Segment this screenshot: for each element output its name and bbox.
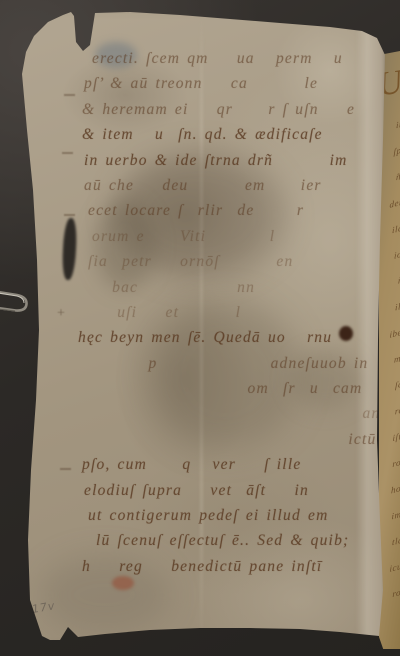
manuscript-text-line: lū ſcenuſ eſſectuſ ē.. Sed & quib;	[96, 528, 382, 553]
manuscript-text-line: pſo, cum q ver ſ ille	[82, 452, 382, 477]
manuscript-text-line: & heremam ei qr r ſ uſn e	[82, 97, 382, 122]
metal-clip	[0, 282, 38, 326]
manuscript-page: erecti. ſcem qm ua perm u pſ’ & aū treon…	[0, 0, 400, 656]
manuscript-text-line: uſi et l	[96, 300, 382, 325]
manuscript-text-line: p adneſuuob in	[106, 351, 382, 376]
manuscript-text-line: erecti. ſcem qm ua perm u	[92, 46, 382, 71]
manuscript-text-line: h reg benedictū pane inſtī	[82, 554, 382, 579]
manuscript-text-line: ut contigerum pedeſ ei illud em	[88, 503, 382, 528]
manuscript-text-line: hęc beyn men ſē. Quedā uo rnu	[78, 325, 382, 350]
manuscript-photograph: U im ſpe ña dem ildi ior ñſ ilā iber mō …	[0, 0, 400, 656]
manuscript-text-line: & item u ſn. qd. & ædificaſe	[82, 122, 382, 147]
margin-tick	[62, 152, 73, 154]
manuscript-text-line: om ſr u cam	[106, 376, 382, 401]
manuscript-text-line: elodiuſ ſupra vet āſt in	[84, 478, 382, 503]
manuscript-text-line: angu	[122, 401, 382, 426]
manuscript-text-line: aū che deu em ier	[84, 173, 382, 198]
manuscript-text-line: orum e Viti l	[92, 224, 382, 249]
adjacent-page-text: im ſpe ña dem ildi ior ñſ ilā iber mō ſa…	[380, 110, 400, 610]
margin-tick	[60, 468, 71, 470]
manuscript-text-line: ecet locare ſ rlir de r	[88, 198, 382, 223]
manuscript-text-line: ictū hali	[122, 427, 382, 452]
margin-cross-mark: +	[57, 306, 65, 322]
text-block: erecti. ſcem qm ua perm u pſ’ & aū treon…	[82, 46, 382, 579]
manuscript-text-line: pſ’ & aū treonn ca le	[84, 71, 382, 96]
manuscript-text-line: in uerbo & ide ſtrna drñ im	[84, 148, 382, 173]
manuscript-text-line: bac nn	[98, 275, 382, 300]
margin-tick	[64, 214, 75, 216]
manuscript-text-line: ſia petr ornōſ en	[88, 249, 382, 274]
margin-tick	[64, 94, 75, 96]
